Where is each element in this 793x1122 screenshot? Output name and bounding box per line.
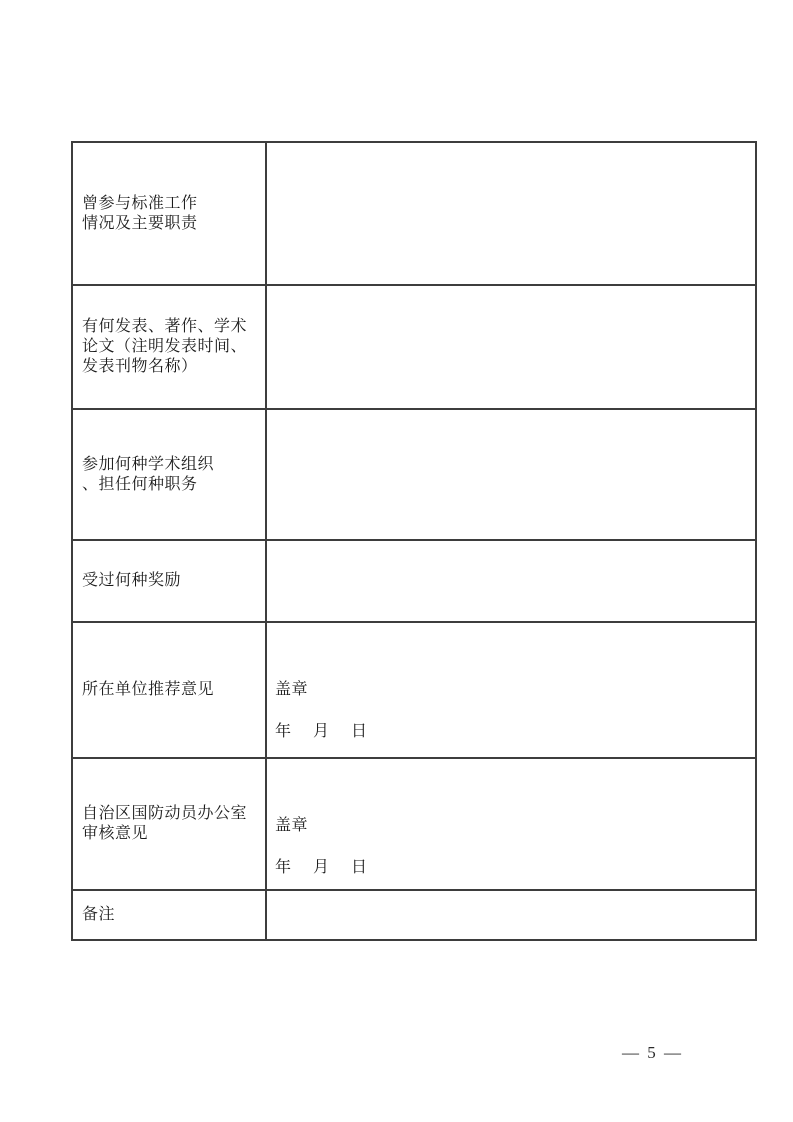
label-academic-organizations: 参加何种学术组织 、担任何种职务: [73, 410, 267, 539]
table-row: 所在单位推荐意见 盖章 年 月 日: [73, 623, 755, 759]
value-remarks: [267, 891, 755, 939]
value-awards: [267, 541, 755, 621]
table-row: 自治区国防动员办公室 审核意见 盖章 年 月 日: [73, 759, 755, 891]
table-row: 曾参与标准工作 情况及主要职责: [73, 143, 755, 286]
stamp-label: 盖章: [275, 816, 755, 836]
value-publications: [267, 286, 755, 408]
table-row: 受过何种奖励: [73, 541, 755, 623]
label-publications: 有何发表、著作、学术 论文（注明发表时间、 发表刊物名称）: [73, 286, 267, 408]
table-row: 备注: [73, 891, 755, 939]
date-label: 年 月 日: [275, 722, 755, 742]
value-academic-organizations: [267, 410, 755, 539]
stamp-area-employer-recommendation: 盖章 年 月 日: [267, 623, 755, 757]
page-number: — 5 —: [622, 1043, 683, 1063]
stamp-label: 盖章: [275, 680, 755, 700]
table-row: 参加何种学术组织 、担任何种职务: [73, 410, 755, 541]
label-standards-participation: 曾参与标准工作 情况及主要职责: [73, 143, 267, 284]
stamp-area-defense-office-review: 盖章 年 月 日: [267, 759, 755, 889]
application-form-table: 曾参与标准工作 情况及主要职责 有何发表、著作、学术 论文（注明发表时间、 发表…: [71, 141, 757, 941]
value-standards-participation: [267, 143, 755, 284]
table-row: 有何发表、著作、学术 论文（注明发表时间、 发表刊物名称）: [73, 286, 755, 410]
label-remarks: 备注: [73, 891, 267, 939]
label-defense-office-review: 自治区国防动员办公室 审核意见: [73, 759, 267, 889]
label-employer-recommendation: 所在单位推荐意见: [73, 623, 267, 757]
document-page: 曾参与标准工作 情况及主要职责 有何发表、著作、学术 论文（注明发表时间、 发表…: [0, 0, 793, 1122]
label-awards: 受过何种奖励: [73, 541, 267, 621]
date-label: 年 月 日: [275, 858, 755, 878]
